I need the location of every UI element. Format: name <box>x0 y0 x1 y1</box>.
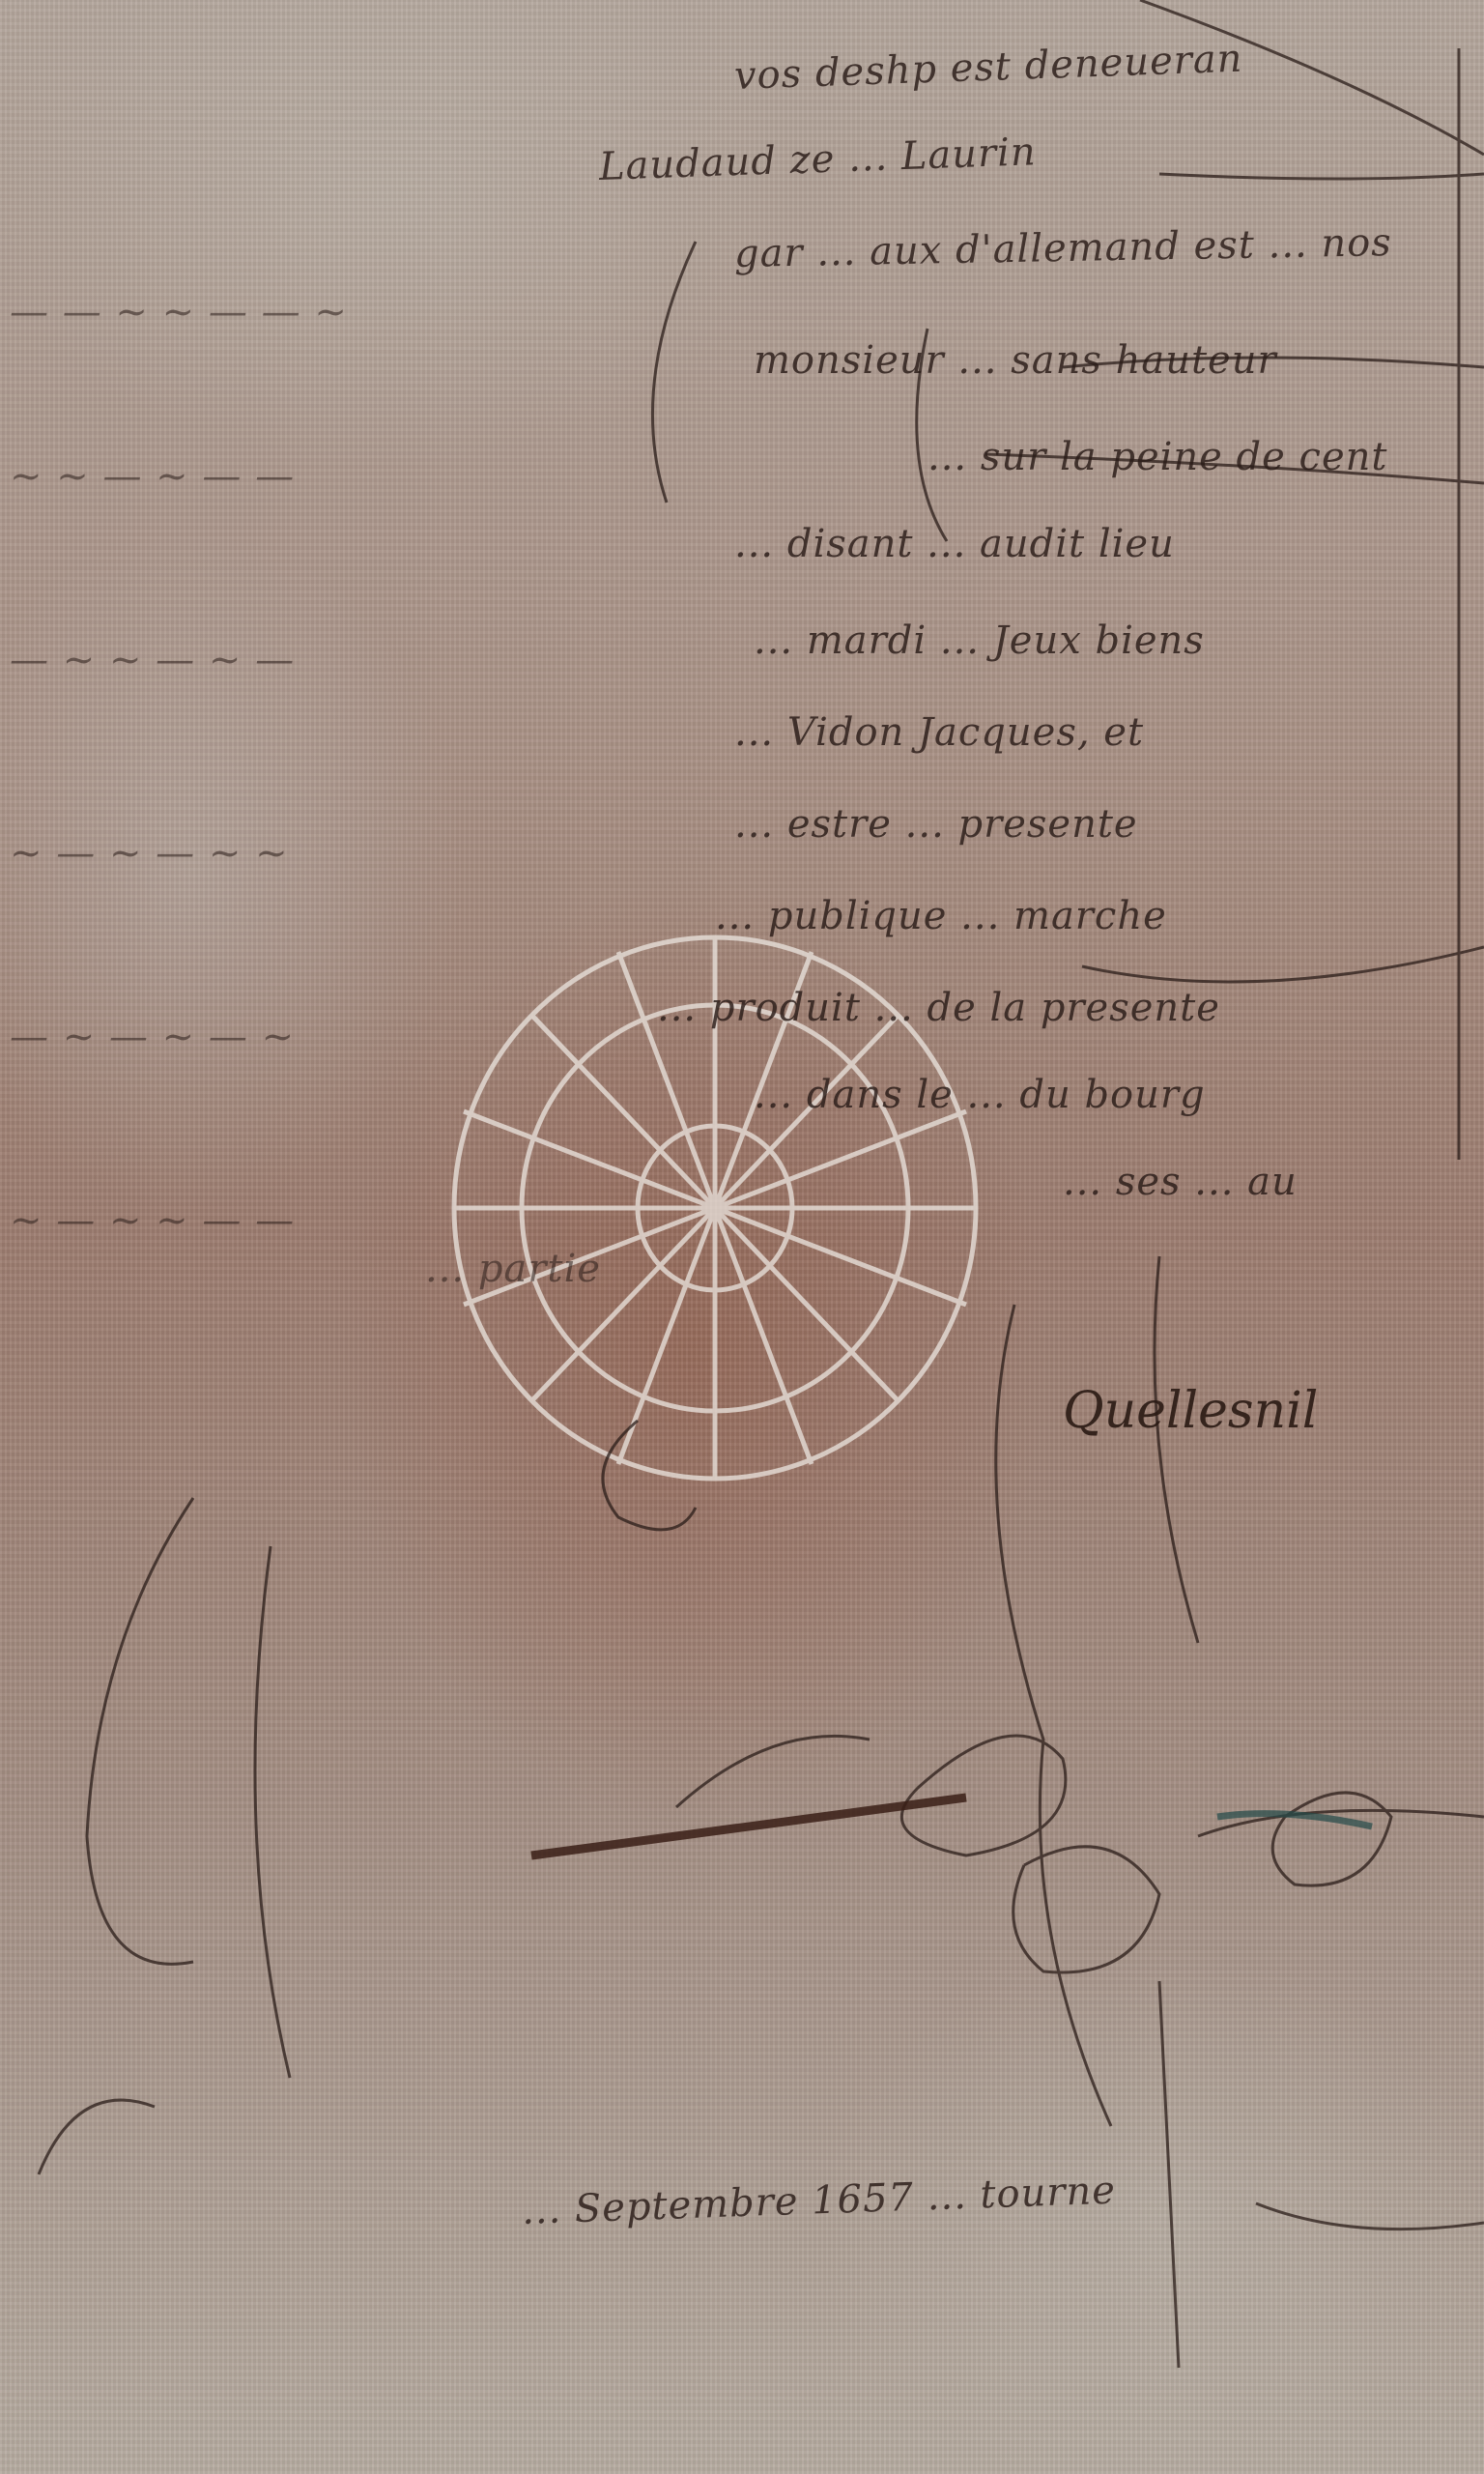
manuscript-line: ... disant ... audit lieu <box>734 522 1175 566</box>
signature-quellesnil: Quellesnil <box>1063 1382 1318 1440</box>
manuscript-line: ... dans le ... du bourg <box>754 1073 1206 1117</box>
manuscript-line: ... estre ... presente <box>734 802 1138 847</box>
manuscript-page: vos deshp est deneueran Laudaud ze ... L… <box>0 0 1484 2474</box>
manuscript-line: ... publique ... marche <box>715 894 1167 938</box>
manuscript-line: ... partie <box>425 1247 601 1291</box>
manuscript-line: ... Vidon Jacques, et <box>734 710 1144 755</box>
manuscript-line: ... mardi ... Jeux biens <box>754 618 1205 663</box>
manuscript-line: ... ses ... au <box>1063 1160 1298 1204</box>
manuscript-line: ... sur la peine de cent <box>927 435 1387 479</box>
manuscript-line: monsieur ... sans hauteur <box>754 338 1277 383</box>
manuscript-line: ... produit ... de la presente <box>657 986 1220 1030</box>
